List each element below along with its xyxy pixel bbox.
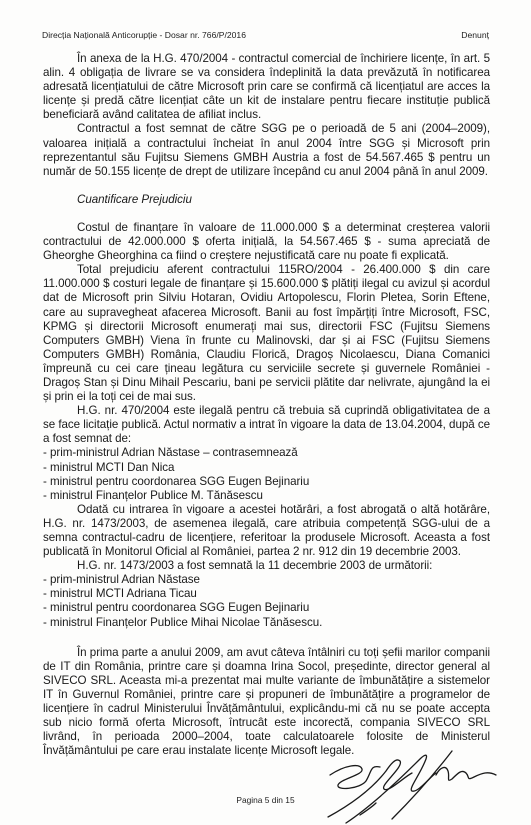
- signatories-list-hg-1473: - prim-ministrul Adrian Năstase - minist…: [43, 573, 490, 629]
- header-case-reference: Direcția Națională Anticorupție - Dosar …: [42, 30, 246, 40]
- document-page: Direcția Națională Anticorupție - Dosar …: [0, 0, 531, 825]
- page-number: Pagina 5 din 15: [236, 795, 294, 805]
- list-item: - ministrul Finanțelor Publice M. Tănăse…: [43, 489, 490, 503]
- paragraph-hg-470: H.G. nr. 470/2004 este ilegală pentru că…: [43, 404, 490, 446]
- section-heading: Cuantificare Prejudiciu: [43, 193, 490, 207]
- list-item: - prim-ministrul Adrian Năstase – contra…: [43, 446, 490, 460]
- signature-icon: [300, 745, 520, 825]
- page-footer: Pagina 5 din 15: [0, 795, 531, 805]
- list-item: - prim-ministrul Adrian Năstase: [43, 573, 490, 587]
- paragraph-total-damage: Total prejudiciu aferent contractului 11…: [43, 263, 490, 404]
- list-item: - ministrul MCTI Adriana Ticau: [43, 587, 490, 601]
- spacer: [43, 630, 490, 646]
- page-header: Direcția Națională Anticorupție - Dosar …: [42, 30, 489, 44]
- header-document-type: Denunț: [461, 30, 489, 40]
- list-item: - ministrul MCTI Dan Nica: [43, 461, 490, 475]
- paragraph-abrogation: Odată cu intrarea în vigoare a acestei h…: [43, 503, 490, 559]
- list-item: - ministrul Finanțelor Publice Mihai Nic…: [43, 616, 490, 630]
- paragraph-hg-1473: H.G. nr. 1473/2003 a fost semnată la 11 …: [43, 559, 490, 573]
- paragraph-contract: Contractul a fost semnat de către SGG pe…: [43, 122, 490, 178]
- paragraph-financing-cost: Costul de finanțare în valoare de 11.000…: [43, 221, 490, 263]
- paragraph-annex: În anexa de la H.G. 470/2004 - contractu…: [43, 52, 490, 122]
- signatories-list-hg-470: - prim-ministrul Adrian Năstase – contra…: [43, 446, 490, 502]
- document-body: În anexa de la H.G. 470/2004 - contractu…: [43, 52, 490, 758]
- paragraph-siveco-meetings: În prima parte a anului 2009, am avut câ…: [43, 646, 490, 759]
- list-item: - ministrul pentru coordonarea SGG Eugen…: [43, 601, 490, 615]
- list-item: - ministrul pentru coordonarea SGG Eugen…: [43, 475, 490, 489]
